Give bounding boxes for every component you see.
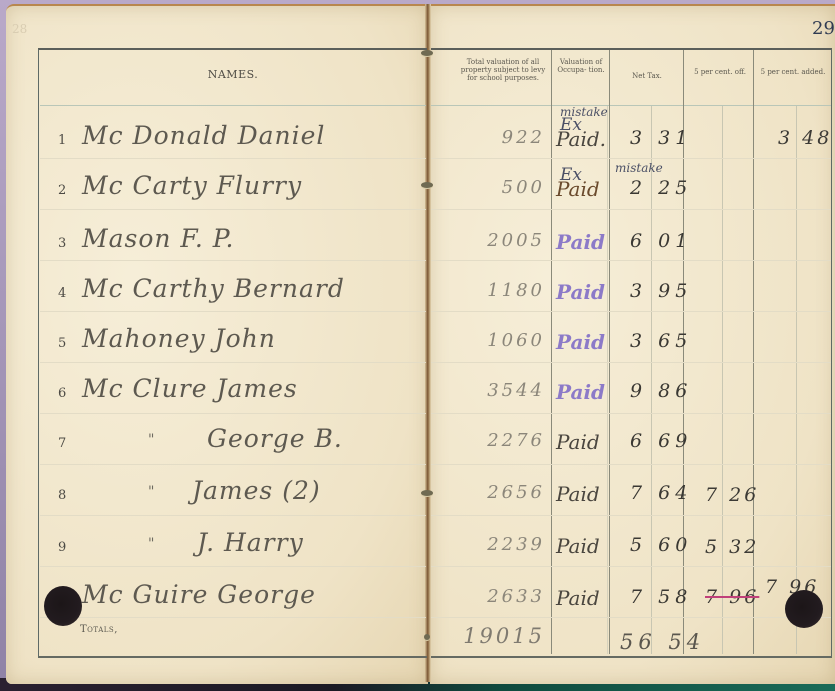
total-net-tax: 56 54 [620,630,705,654]
net-tax-value: 3 31 [630,127,692,149]
net-tax-header: Net Tax. [611,72,683,80]
payment-status: Paid [556,586,600,610]
ditto-mark: " [148,484,154,500]
net-tax-value: 7 58 [630,586,692,608]
row-rule [431,311,831,312]
net-tax-value: 9 86 [630,380,692,402]
row-number: 5 [58,336,66,351]
net-tax-value: 3 95 [630,280,692,302]
five-percent-off-header: 5 per cent. off. [690,68,750,76]
cents-divider [607,106,608,654]
taxpayer-name: George B. [207,424,343,453]
row-number: 8 [58,488,66,503]
taxpayer-name: Mason F. P. [82,224,234,253]
property-valuation: 500 [455,177,545,198]
property-valuation: 3544 [455,380,545,401]
row-number: 7 [58,436,66,451]
payment-status: Paid [556,230,605,254]
net-tax-value: 3 65 [630,330,692,352]
five-percent-off-value: 7 26 [705,484,759,506]
row-rule [40,311,426,312]
row-rule [431,260,831,261]
row-rule [40,362,426,363]
total-valuation: 19015 [455,624,545,648]
payment-status: Paid. [556,127,606,151]
taxpayer-name: James (2) [192,476,321,505]
column-divider [551,50,552,654]
payment-status: Paid [556,482,600,506]
row-rule [431,209,831,210]
column-divider [753,50,754,654]
property-valuation: 2239 [455,534,545,555]
row-rule [40,158,426,159]
row-rule [40,209,426,210]
payment-status: Paid [556,380,605,404]
valuation-occupation-header: Valuation of Occupa- tion. [553,58,609,74]
property-valuation: 2633 [455,586,545,607]
row-rule [40,413,426,414]
totals-label: Totals, [80,624,118,635]
ink-blot [44,586,82,626]
property-valuation: 2276 [455,430,545,451]
row-number: 4 [58,286,66,301]
ditto-mark: " [148,432,154,448]
row-rule [40,260,426,261]
payment-status: Paid [556,177,600,201]
row-number: 1 [58,133,66,148]
total-valuation-header: Total valuation of all property subject … [458,58,548,82]
page-number: 29 [812,18,835,39]
payment-status: Paid [556,534,600,558]
row-rule [40,464,426,465]
header-rule [431,105,831,106]
taxpayer-name: J. Harry [197,528,304,557]
payment-status: Paid [556,330,605,354]
property-valuation: 2656 [455,482,545,503]
cents-divider [796,106,797,654]
property-valuation: 1180 [455,280,545,301]
row-rule [40,566,426,567]
property-valuation: 2005 [455,230,545,251]
row-number: 9 [58,540,66,555]
row-number: 2 [58,183,66,198]
five-percent-added-value: 3 48 [778,127,832,149]
faint-page-number: 28 [12,22,27,36]
taxpayer-name: Mc Carthy Bernard [82,274,345,303]
taxpayer-name: Mc Guire George [82,580,316,609]
row-rule [431,362,831,363]
five-percent-off-value: 5 32 [705,536,759,558]
row-rule [431,515,831,516]
row-number: 3 [58,236,66,251]
row-rule [431,464,831,465]
taxpayer-name: Mc Donald Daniel [82,121,325,150]
net-tax-value: 6 69 [630,430,692,452]
names-column-header: NAMES. [40,68,426,81]
row-number: 6 [58,386,66,401]
payment-status: Paid [556,430,600,454]
row-rule [431,617,831,618]
row-rule [40,617,426,618]
net-tax-value: 6 01 [630,230,692,252]
taxpayer-name: Mc Clure James [82,374,298,403]
header-rule [40,105,426,106]
net-tax-value: 5 60 [630,534,692,556]
property-valuation: 1060 [455,330,545,351]
ditto-mark: " [148,536,154,552]
five-percent-added-header: 5 per cent. added. [757,68,829,76]
row-rule [431,413,831,414]
taxpayer-name: Mahoney John [82,324,276,353]
five-percent-off-struck-value: 7 96 [705,586,759,608]
net-tax-value: 7 64 [630,482,692,504]
cents-divider [722,106,723,654]
row-rule [431,566,831,567]
property-valuation: 922 [455,127,545,148]
payment-status: Paid [556,280,605,304]
ink-blot [785,590,823,628]
row-rule [431,158,831,159]
taxpayer-name: Mc Carty Flurry [82,171,302,200]
column-divider [609,50,610,654]
mistake-note: mistake [615,161,663,175]
net-tax-value: 2 25 [630,177,692,199]
row-rule [40,515,426,516]
